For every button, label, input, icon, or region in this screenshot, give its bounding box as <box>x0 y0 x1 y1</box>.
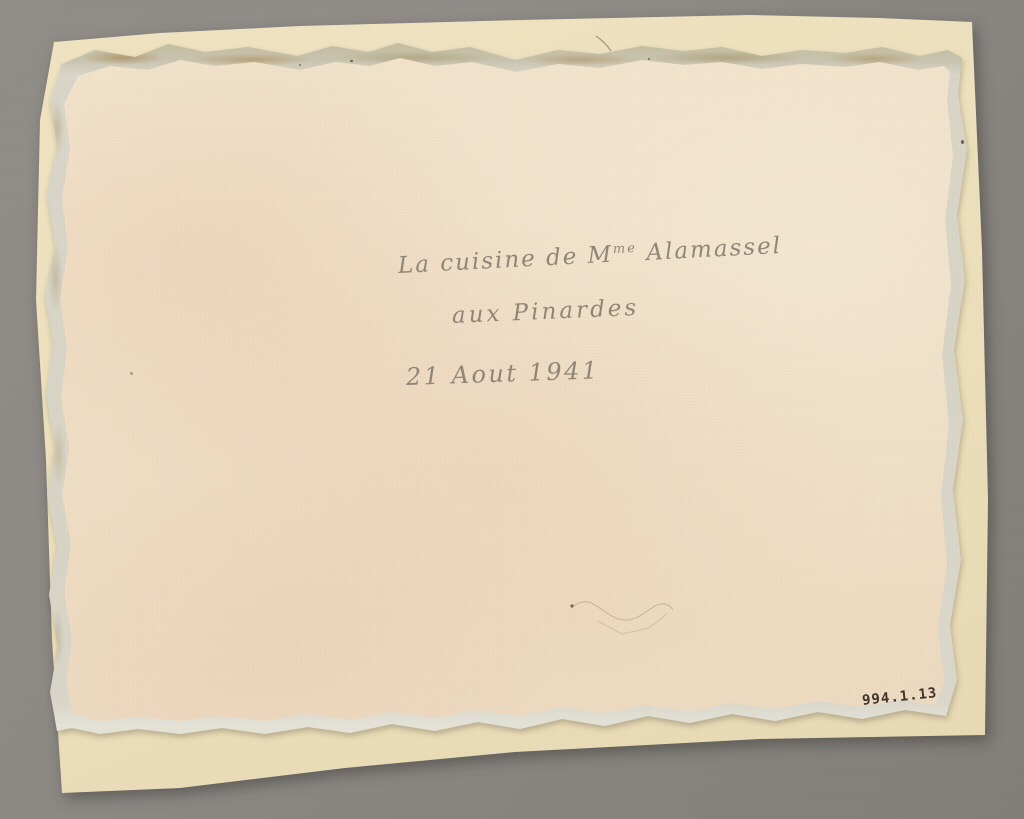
edge-speck <box>130 372 133 375</box>
edge-speck <box>963 202 966 207</box>
edge-speck <box>350 60 353 62</box>
edge-speck <box>961 140 964 144</box>
inscription-superscript: me <box>612 241 637 257</box>
edge-speck <box>648 58 650 60</box>
edge-speck <box>299 64 301 66</box>
photograph-background: La cuisine de Mme Alamassel aux Pinardes… <box>0 0 1024 819</box>
